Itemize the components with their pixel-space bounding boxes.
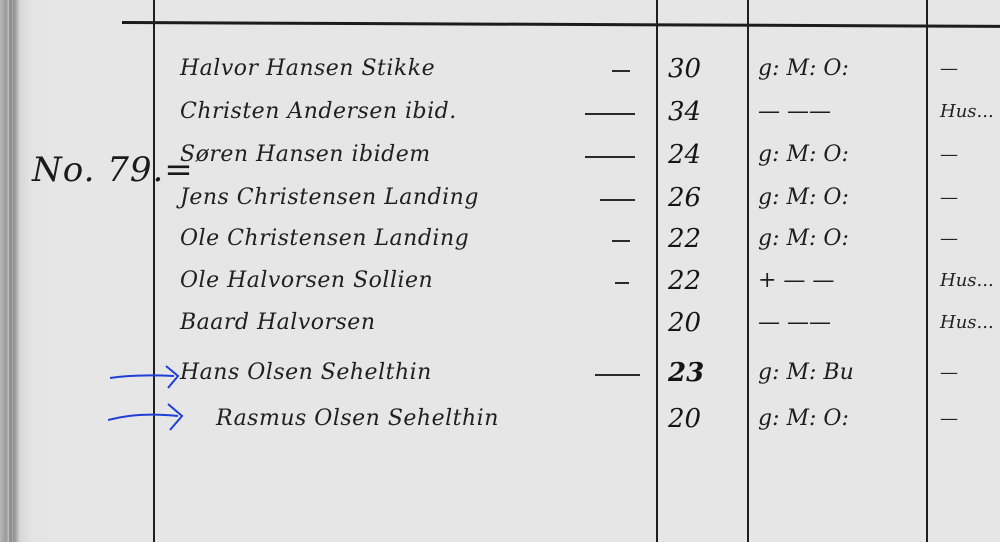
remark: — bbox=[940, 187, 958, 208]
register-row: Søren Hansen ibidem 24 g: M: O: — bbox=[0, 138, 1000, 178]
person-status: g: M: O: bbox=[758, 142, 849, 167]
person-name: Hans Olsen Sehelthin bbox=[180, 360, 432, 385]
person-name: Baard Halvorsen bbox=[180, 310, 376, 335]
person-age: 34 bbox=[668, 97, 701, 127]
person-name: Jens Christensen Landing bbox=[180, 185, 479, 210]
remark: — bbox=[940, 144, 958, 165]
person-age: 26 bbox=[668, 183, 701, 213]
person-name: Rasmus Olsen Sehelthin bbox=[216, 406, 499, 431]
person-name: Ole Christensen Landing bbox=[180, 226, 469, 251]
person-name: Søren Hansen ibidem bbox=[180, 142, 431, 167]
person-name: Ole Halvorsen Sollien bbox=[180, 268, 433, 293]
dash bbox=[615, 282, 629, 284]
person-age: 22 bbox=[668, 224, 701, 254]
remark: Hus... bbox=[940, 101, 994, 122]
person-status: g: M: O: bbox=[758, 226, 849, 251]
dash bbox=[585, 113, 635, 115]
remark: Hus... bbox=[940, 312, 994, 333]
header-rule bbox=[122, 21, 1000, 28]
person-age: 22 bbox=[668, 266, 701, 296]
person-status: g: M: O: bbox=[758, 406, 849, 431]
person-age: 23 bbox=[668, 358, 704, 388]
blue-arrow-icon bbox=[108, 402, 188, 432]
remark: — bbox=[940, 58, 958, 79]
register-row: Baard Halvorsen 20 — —— Hus... bbox=[0, 306, 1000, 346]
dash bbox=[612, 240, 630, 242]
person-status: g: M: O: bbox=[758, 185, 849, 210]
person-name: Christen Andersen ibid. bbox=[180, 99, 457, 124]
person-age: 30 bbox=[668, 54, 701, 84]
person-name: Halvor Hansen Stikke bbox=[180, 56, 435, 81]
register-row: Halvor Hansen Stikke 30 g: M: O: — bbox=[0, 52, 1000, 92]
dash bbox=[600, 199, 635, 201]
register-row: Christen Andersen ibid. 34 — —— Hus... bbox=[0, 95, 1000, 135]
person-status: + — — bbox=[758, 268, 834, 293]
remark: — bbox=[940, 408, 958, 429]
register-row: Jens Christensen Landing 26 g: M: O: — bbox=[0, 181, 1000, 221]
person-status: g: M: Bu bbox=[758, 360, 854, 385]
person-age: 20 bbox=[668, 308, 701, 338]
person-age: 20 bbox=[668, 404, 701, 434]
remark: Hus... bbox=[940, 270, 994, 291]
remark: — bbox=[940, 362, 958, 383]
remark: — bbox=[940, 228, 958, 249]
person-age: 24 bbox=[668, 140, 701, 170]
dash bbox=[612, 70, 630, 72]
register-row: Ole Halvorsen Sollien 22 + — — Hus... bbox=[0, 264, 1000, 304]
scanned-register-page: No. 79.= Halvor Hansen Stikke 30 g: M: O… bbox=[0, 0, 1000, 542]
person-status: — —— bbox=[758, 310, 831, 335]
person-status: g: M: O: bbox=[758, 56, 849, 81]
dash bbox=[585, 156, 635, 158]
person-status: — —— bbox=[758, 99, 831, 124]
register-row: Ole Christensen Landing 22 g: M: O: — bbox=[0, 222, 1000, 262]
blue-arrow-icon bbox=[108, 362, 188, 392]
dash bbox=[595, 374, 640, 376]
